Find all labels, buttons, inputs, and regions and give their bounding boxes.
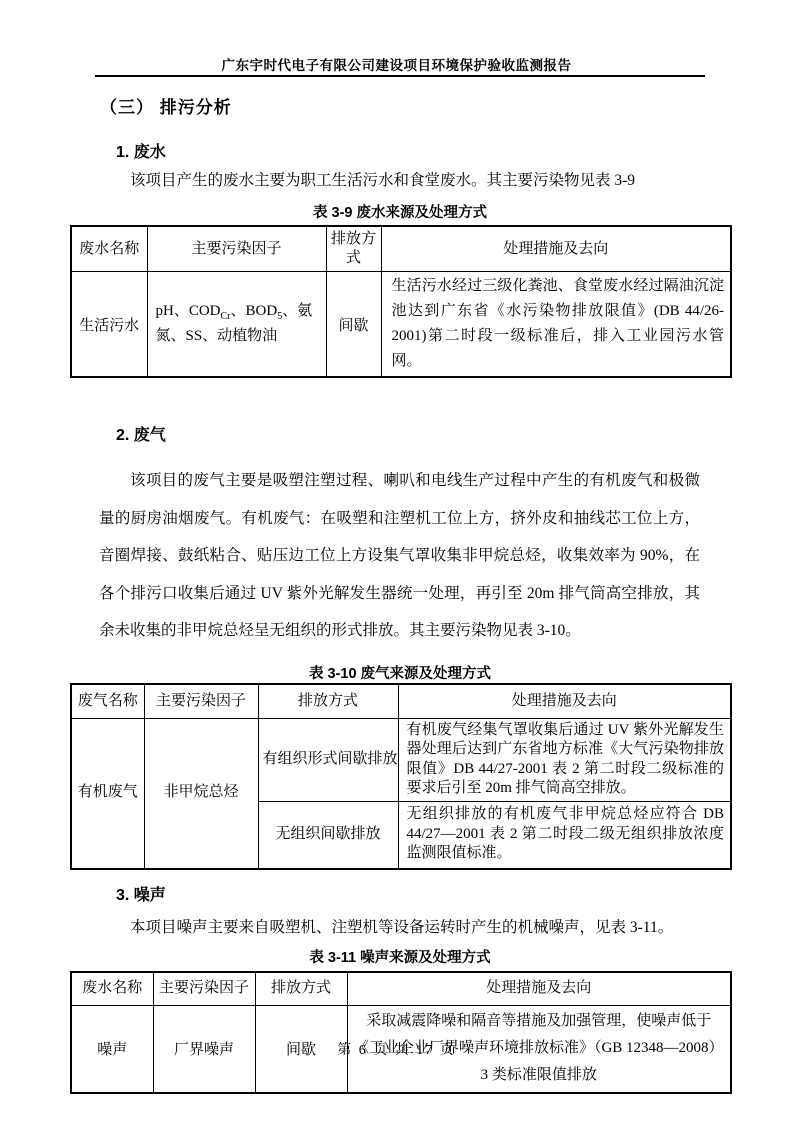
t10-cell-mode-fugitive: 无组织间歇排放 bbox=[258, 801, 398, 869]
table-3-11: 废水名称 主要污染因子 排放方式 处理措施及去向 噪声 厂界噪声 间歇 采取减震… bbox=[70, 971, 732, 1094]
t9-cell-treatment: 生活污水经过三级化粪池、食堂废水经过隔油沉淀池达到广东省《水污染物排放限值》(D… bbox=[381, 272, 731, 378]
t9-cell-name: 生活污水 bbox=[71, 272, 147, 378]
table-3-10-row-organized: 有机废气 非甲烷总烃 有组织形式间歇排放 有机废气经集气罩收集后通过 UV 紫外… bbox=[71, 718, 731, 801]
table-3-11-title: 表 3-11 噪声来源及处理方式 bbox=[70, 950, 730, 967]
table-3-10: 废气名称 主要污染因子 排放方式 处理措施及去向 有机废气 非甲烷总烃 有组织形… bbox=[70, 683, 732, 870]
table-3-9-title: 表 3-9 废水来源及处理方式 bbox=[70, 205, 730, 222]
table-3-9: 废水名称 主要污染因子 排放方式 处理措施及去向 生活污水 pH、CODCr、B… bbox=[70, 225, 732, 378]
content-column: （三） 排污分析 1. 废水 该项目产生的废水主要为职工生活污水和食堂废水。其主… bbox=[70, 0, 730, 1094]
t9-cell-factors: pH、CODCr、BOD5、氨氮、SS、动植物油 bbox=[147, 272, 326, 378]
t11-header-name: 废水名称 bbox=[71, 972, 153, 1006]
heading-exhaust: 2. 废气 bbox=[116, 425, 730, 446]
factors-part2: 、BOD bbox=[231, 303, 278, 319]
t10-header-name: 废气名称 bbox=[71, 684, 144, 719]
t10-cell-treatment-organized: 有机废气经集气罩收集后通过 UV 紫外光解发生器处理后达到广东省地方标准《大气污… bbox=[398, 718, 731, 801]
section-title: （三） 排污分析 bbox=[100, 97, 730, 119]
t11-header-mode: 排放方式 bbox=[255, 972, 347, 1006]
t9-header-factors: 主要污染因子 bbox=[147, 226, 326, 272]
t11-header-treatment: 处理措施及去向 bbox=[347, 972, 731, 1006]
t10-cell-factor: 非甲烷总烃 bbox=[144, 718, 258, 869]
t10-cell-treatment-fugitive: 无组织排放的有机废气非甲烷总烃应符合 DB 44/27—2001 表 2 第二时… bbox=[398, 801, 731, 869]
table-3-11-header-row: 废水名称 主要污染因子 排放方式 处理措施及去向 bbox=[71, 972, 731, 1006]
table-3-10-title: 表 3-10 废气来源及处理方式 bbox=[70, 666, 730, 683]
t10-header-mode: 排放方式 bbox=[258, 684, 398, 719]
t10-header-factors: 主要污染因子 bbox=[144, 684, 258, 719]
t9-header-name: 废水名称 bbox=[71, 226, 147, 272]
table-3-9-data-row: 生活污水 pH、CODCr、BOD5、氨氮、SS、动植物油 间歇 生活污水经过三… bbox=[71, 272, 731, 378]
heading-wastewater: 1. 废水 bbox=[116, 142, 730, 163]
table-3-9-header-row: 废水名称 主要污染因子 排放方式 处理措施及去向 bbox=[71, 226, 731, 272]
noise-intro: 本项目噪声主要来自吸塑机、注塑机等设备运转时产生的机械噪声，见表 3-11。 bbox=[99, 916, 700, 939]
heading-noise: 3. 噪声 bbox=[116, 885, 730, 906]
t10-cell-name: 有机废气 bbox=[71, 718, 144, 869]
t10-header-treatment: 处理措施及去向 bbox=[398, 684, 731, 719]
t9-header-mode: 排放方式 bbox=[326, 226, 381, 272]
factors-part1: pH、COD bbox=[156, 303, 221, 319]
document-page: 广东宇时代电子有限公司建设项目环境保护验收监测报告 （三） 排污分析 1. 废水… bbox=[0, 0, 793, 1122]
exhaust-intro: 该项目的废气主要是吸塑注塑过程、喇叭和电线生产过程中产生的有机废气和极微量的厨房… bbox=[99, 462, 700, 650]
t9-header-treatment: 处理措施及去向 bbox=[381, 226, 731, 272]
page-footer: 第 6 页 共 17 页 bbox=[0, 1039, 793, 1059]
t9-cell-mode: 间歇 bbox=[326, 272, 381, 378]
t11-header-factors: 主要污染因子 bbox=[153, 972, 255, 1006]
t10-cell-mode-organized: 有组织形式间歇排放 bbox=[258, 718, 398, 801]
factors-sub-cr: Cr bbox=[221, 311, 231, 322]
wastewater-intro: 该项目产生的废水主要为职工生活污水和食堂废水。其主要污染物见表 3-9 bbox=[99, 169, 700, 192]
table-3-10-header-row: 废气名称 主要污染因子 排放方式 处理措施及去向 bbox=[71, 684, 731, 719]
